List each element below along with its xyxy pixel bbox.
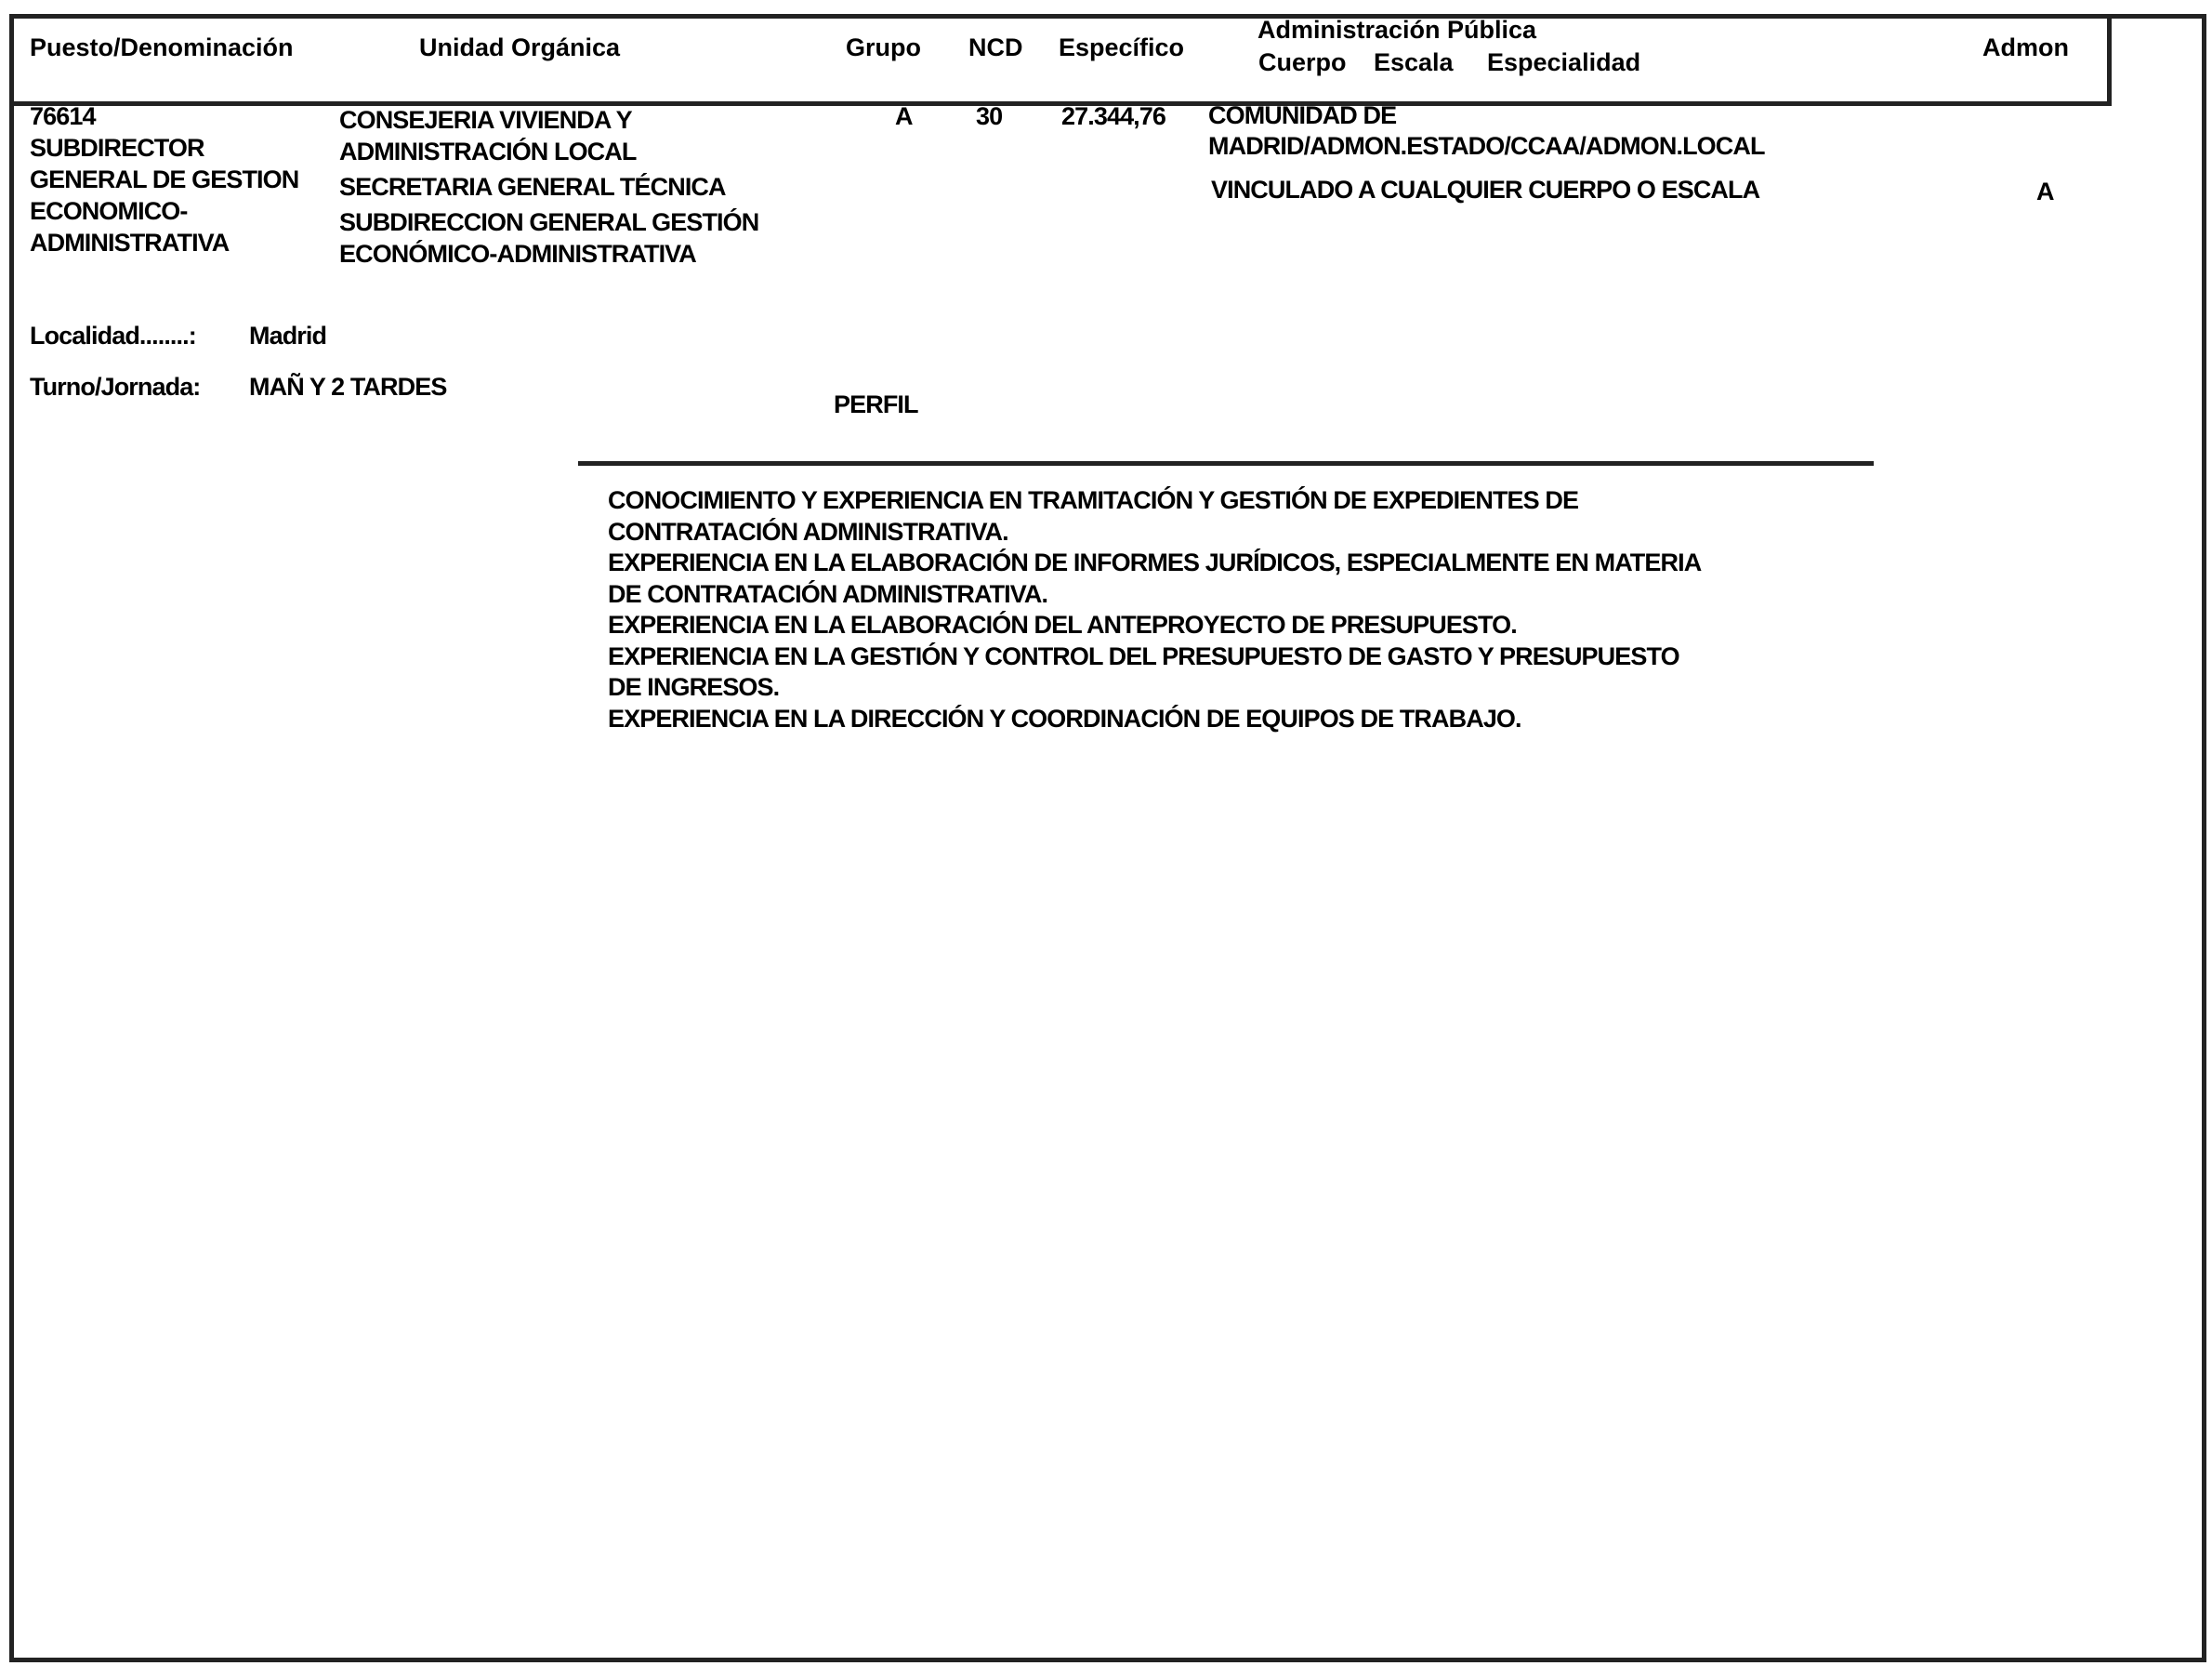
perfil-line: EXPERIENCIA EN LA DIRECCIÓN Y COORDINACI… bbox=[608, 704, 1701, 735]
denominacion-line: GENERAL DE GESTION bbox=[30, 164, 298, 195]
denominacion-line: ADMINISTRATIVA bbox=[30, 227, 298, 258]
unidad-cell: CONSEJERIA VIVIENDA Y ADMINISTRACIÓN LOC… bbox=[339, 104, 758, 270]
denominacion-line: SUBDIRECTOR bbox=[30, 132, 298, 164]
perfil-line: EXPERIENCIA EN LA ELABORACIÓN DE INFORME… bbox=[608, 548, 1701, 579]
header-unidad: Unidad Orgánica bbox=[419, 33, 620, 63]
header-especialidad: Especialidad bbox=[1487, 47, 1640, 78]
unidad-line: ADMINISTRACIÓN LOCAL bbox=[339, 136, 758, 167]
perfil-line: CONOCIMIENTO Y EXPERIENCIA EN TRAMITACIÓ… bbox=[608, 485, 1701, 517]
header-grupo: Grupo bbox=[846, 33, 921, 63]
header-cuerpo: Cuerpo bbox=[1258, 47, 1347, 78]
denominacion-line: ECONOMICO- bbox=[30, 195, 298, 227]
admon-value: A bbox=[2036, 177, 2054, 207]
perfil-text: CONOCIMIENTO Y EXPERIENCIA EN TRAMITACIÓ… bbox=[608, 485, 1701, 734]
administracion-line: COMUNIDAD DE bbox=[1208, 100, 1765, 131]
puesto-cell: 76614 SUBDIRECTOR GENERAL DE GESTION ECO… bbox=[30, 100, 298, 258]
unidad-line: CONSEJERIA VIVIENDA Y bbox=[339, 104, 758, 136]
unidad-line: ECONÓMICO-ADMINISTRATIVA bbox=[339, 238, 758, 270]
header-ncd: NCD bbox=[968, 33, 1023, 63]
ncd-value: 30 bbox=[976, 101, 1002, 132]
grupo-value: A bbox=[895, 101, 913, 132]
turno-label: Turno/Jornada: bbox=[30, 372, 200, 403]
header-admon: Admon bbox=[1982, 33, 2069, 63]
header-escala: Escala bbox=[1374, 47, 1454, 78]
cuerpo-escala-value: VINCULADO A CUALQUIER CUERPO O ESCALA bbox=[1211, 175, 1759, 205]
perfil-line: CONTRATACIÓN ADMINISTRATIVA. bbox=[608, 517, 1701, 549]
unidad-line: SUBDIRECCION GENERAL GESTIÓN bbox=[339, 206, 758, 238]
turno-value: MAÑ Y 2 TARDES bbox=[249, 372, 446, 403]
especifico-value: 27.344,76 bbox=[1061, 101, 1165, 132]
header-admin-publica: Administración Pública bbox=[1257, 15, 1536, 46]
perfil-divider bbox=[578, 461, 1874, 466]
perfil-line: DE INGRESOS. bbox=[608, 672, 1701, 704]
perfil-line: EXPERIENCIA EN LA GESTIÓN Y CONTROL DEL … bbox=[608, 641, 1701, 673]
localidad-label: Localidad........: bbox=[30, 321, 196, 351]
perfil-title: PERFIL bbox=[834, 390, 918, 420]
administracion-cell: COMUNIDAD DE MADRID/ADMON.ESTADO/CCAA/AD… bbox=[1208, 100, 1765, 162]
puesto-code: 76614 bbox=[30, 100, 298, 132]
perfil-line: EXPERIENCIA EN LA ELABORACIÓN DEL ANTEPR… bbox=[608, 610, 1701, 641]
header-puesto: Puesto/Denominación bbox=[30, 33, 294, 63]
unidad-line: SECRETARIA GENERAL TÉCNICA bbox=[339, 171, 758, 203]
header-especifico: Específico bbox=[1059, 33, 1184, 63]
perfil-line: DE CONTRATACIÓN ADMINISTRATIVA. bbox=[608, 579, 1701, 611]
localidad-value: Madrid bbox=[249, 321, 326, 351]
administracion-line: MADRID/ADMON.ESTADO/CCAA/ADMON.LOCAL bbox=[1208, 131, 1765, 162]
